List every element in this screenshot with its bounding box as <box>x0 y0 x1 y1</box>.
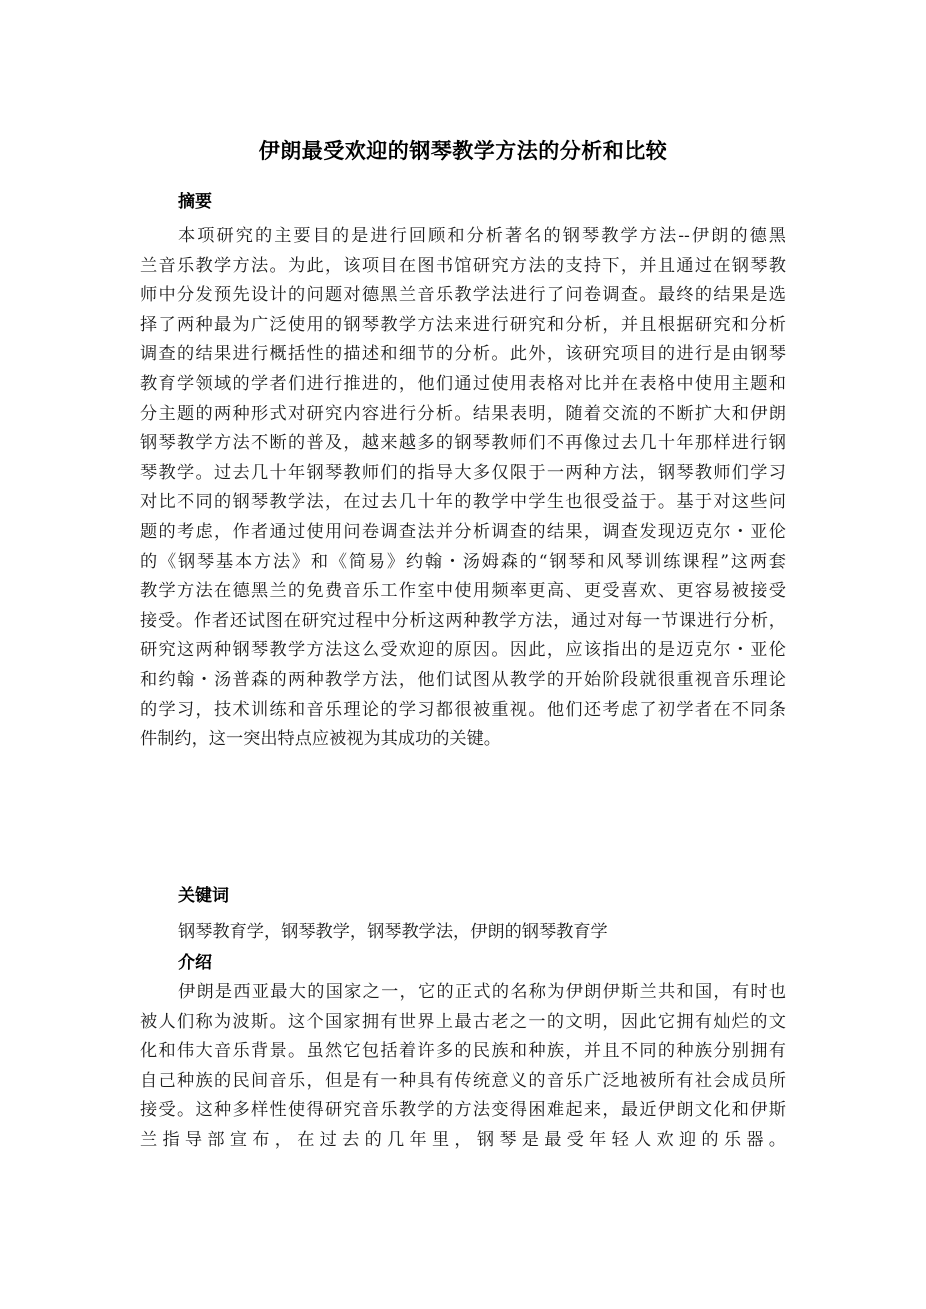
introduction-line: 化和伟大音乐背景。虽然它包括着许多的民族和种族，并且不同的种族分别拥有 <box>140 1037 786 1067</box>
abstract-line: 琴教学。过去几十年钢琴教师们的指导大多仅限于一两种方法，钢琴教师们学习 <box>140 459 786 489</box>
introduction-line: 被人们称为波斯。这个国家拥有世界上最古老之一的文明，因此它拥有灿烂的文 <box>140 1008 786 1038</box>
paper-title: 伊朗最受欢迎的钢琴教学方法的分析和比较 <box>140 133 786 169</box>
abstract-line: 对比不同的钢琴教学法，在过去几十年的教学中学生也很受益于。基于对这些问 <box>140 488 786 518</box>
abstract-line: 件制约，这一突出特点应被视为其成功的关键。 <box>140 725 786 755</box>
abstract-line: 研究这两种钢琴教学方法这么受欢迎的原因。因此，应该指出的是迈克尔・亚伦 <box>140 636 786 666</box>
abstract-line: 接受。作者还试图在研究过程中分析这两种教学方法，通过对每一节课进行分析， <box>140 607 786 637</box>
introduction-line: 自己种族的民间音乐，但是有一种具有传统意义的音乐广泛地被所有社会成员所 <box>140 1067 786 1097</box>
keywords-heading: 关键词 <box>178 882 229 910</box>
abstract-line: 师中分发预先设计的问题对德黑兰音乐教学法进行了问卷调查。最终的结果是选 <box>140 281 786 311</box>
abstract-line: 和约翰・汤普森的两种教学方法，他们试图从教学的开始阶段就很重视音乐理论 <box>140 666 786 696</box>
abstract-line: 题的考虑，作者通过使用问卷调查法并分析调查的结果，调查发现迈克尔・亚伦 <box>140 518 786 548</box>
abstract-line: 兰音乐教学方法。为此，该项目在图书馆研究方法的支持下，并且通过在钢琴教 <box>140 252 786 282</box>
introduction-line: 兰指导部宣布，在过去的几年里，钢琴是最受年轻人欢迎的乐器。 <box>140 1126 786 1156</box>
abstract-heading: 摘要 <box>178 188 212 216</box>
abstract-line: 的《钢琴基本方法》和《简易》约翰・汤姆森的“钢琴和风琴训练课程”这两套 <box>140 548 786 578</box>
abstract-line: 教学方法在德黑兰的免费音乐工作室中使用频率更高、更受喜欢、更容易被接受 <box>140 577 786 607</box>
abstract-line: 择了两种最为广泛使用的钢琴教学方法来进行研究和分析，并且根据研究和分析 <box>140 311 786 341</box>
abstract-line: 的学习，技术训练和音乐理论的学习都很被重视。他们还考虑了初学者在不同条 <box>140 696 786 726</box>
abstract-line: 教育学领域的学者们进行推进的，他们通过使用表格对比并在表格中使用主题和 <box>140 370 786 400</box>
abstract-line: 本项研究的主要目的是进行回顾和分析著名的钢琴教学方法--伊朗的德黑 <box>140 222 786 252</box>
introduction-line: 伊朗是西亚最大的国家之一，它的正式的名称为伊朗伊斯兰共和国，有时也 <box>140 978 786 1008</box>
introduction-body: 伊朗是西亚最大的国家之一，它的正式的名称为伊朗伊斯兰共和国，有时也 被人们称为波… <box>140 978 786 1156</box>
abstract-body: 本项研究的主要目的是进行回顾和分析著名的钢琴教学方法--伊朗的德黑 兰音乐教学方… <box>140 222 786 755</box>
introduction-heading: 介绍 <box>178 949 212 977</box>
introduction-line: 接受。这种多样性使得研究音乐教学的方法变得困难起来，最近伊朗文化和伊斯 <box>140 1096 786 1126</box>
keywords-list: 钢琴教育学，钢琴教学，钢琴教学法，伊朗的钢琴教育学 <box>178 918 608 946</box>
abstract-line: 分主题的两种形式对研究内容进行分析。结果表明，随着交流的不断扩大和伊朗 <box>140 400 786 430</box>
abstract-line: 调查的结果进行概括性的描述和细节的分析。此外，该研究项目的进行是由钢琴 <box>140 340 786 370</box>
abstract-line: 钢琴教学方法不断的普及，越来越多的钢琴教师们不再像过去几十年那样进行钢 <box>140 429 786 459</box>
